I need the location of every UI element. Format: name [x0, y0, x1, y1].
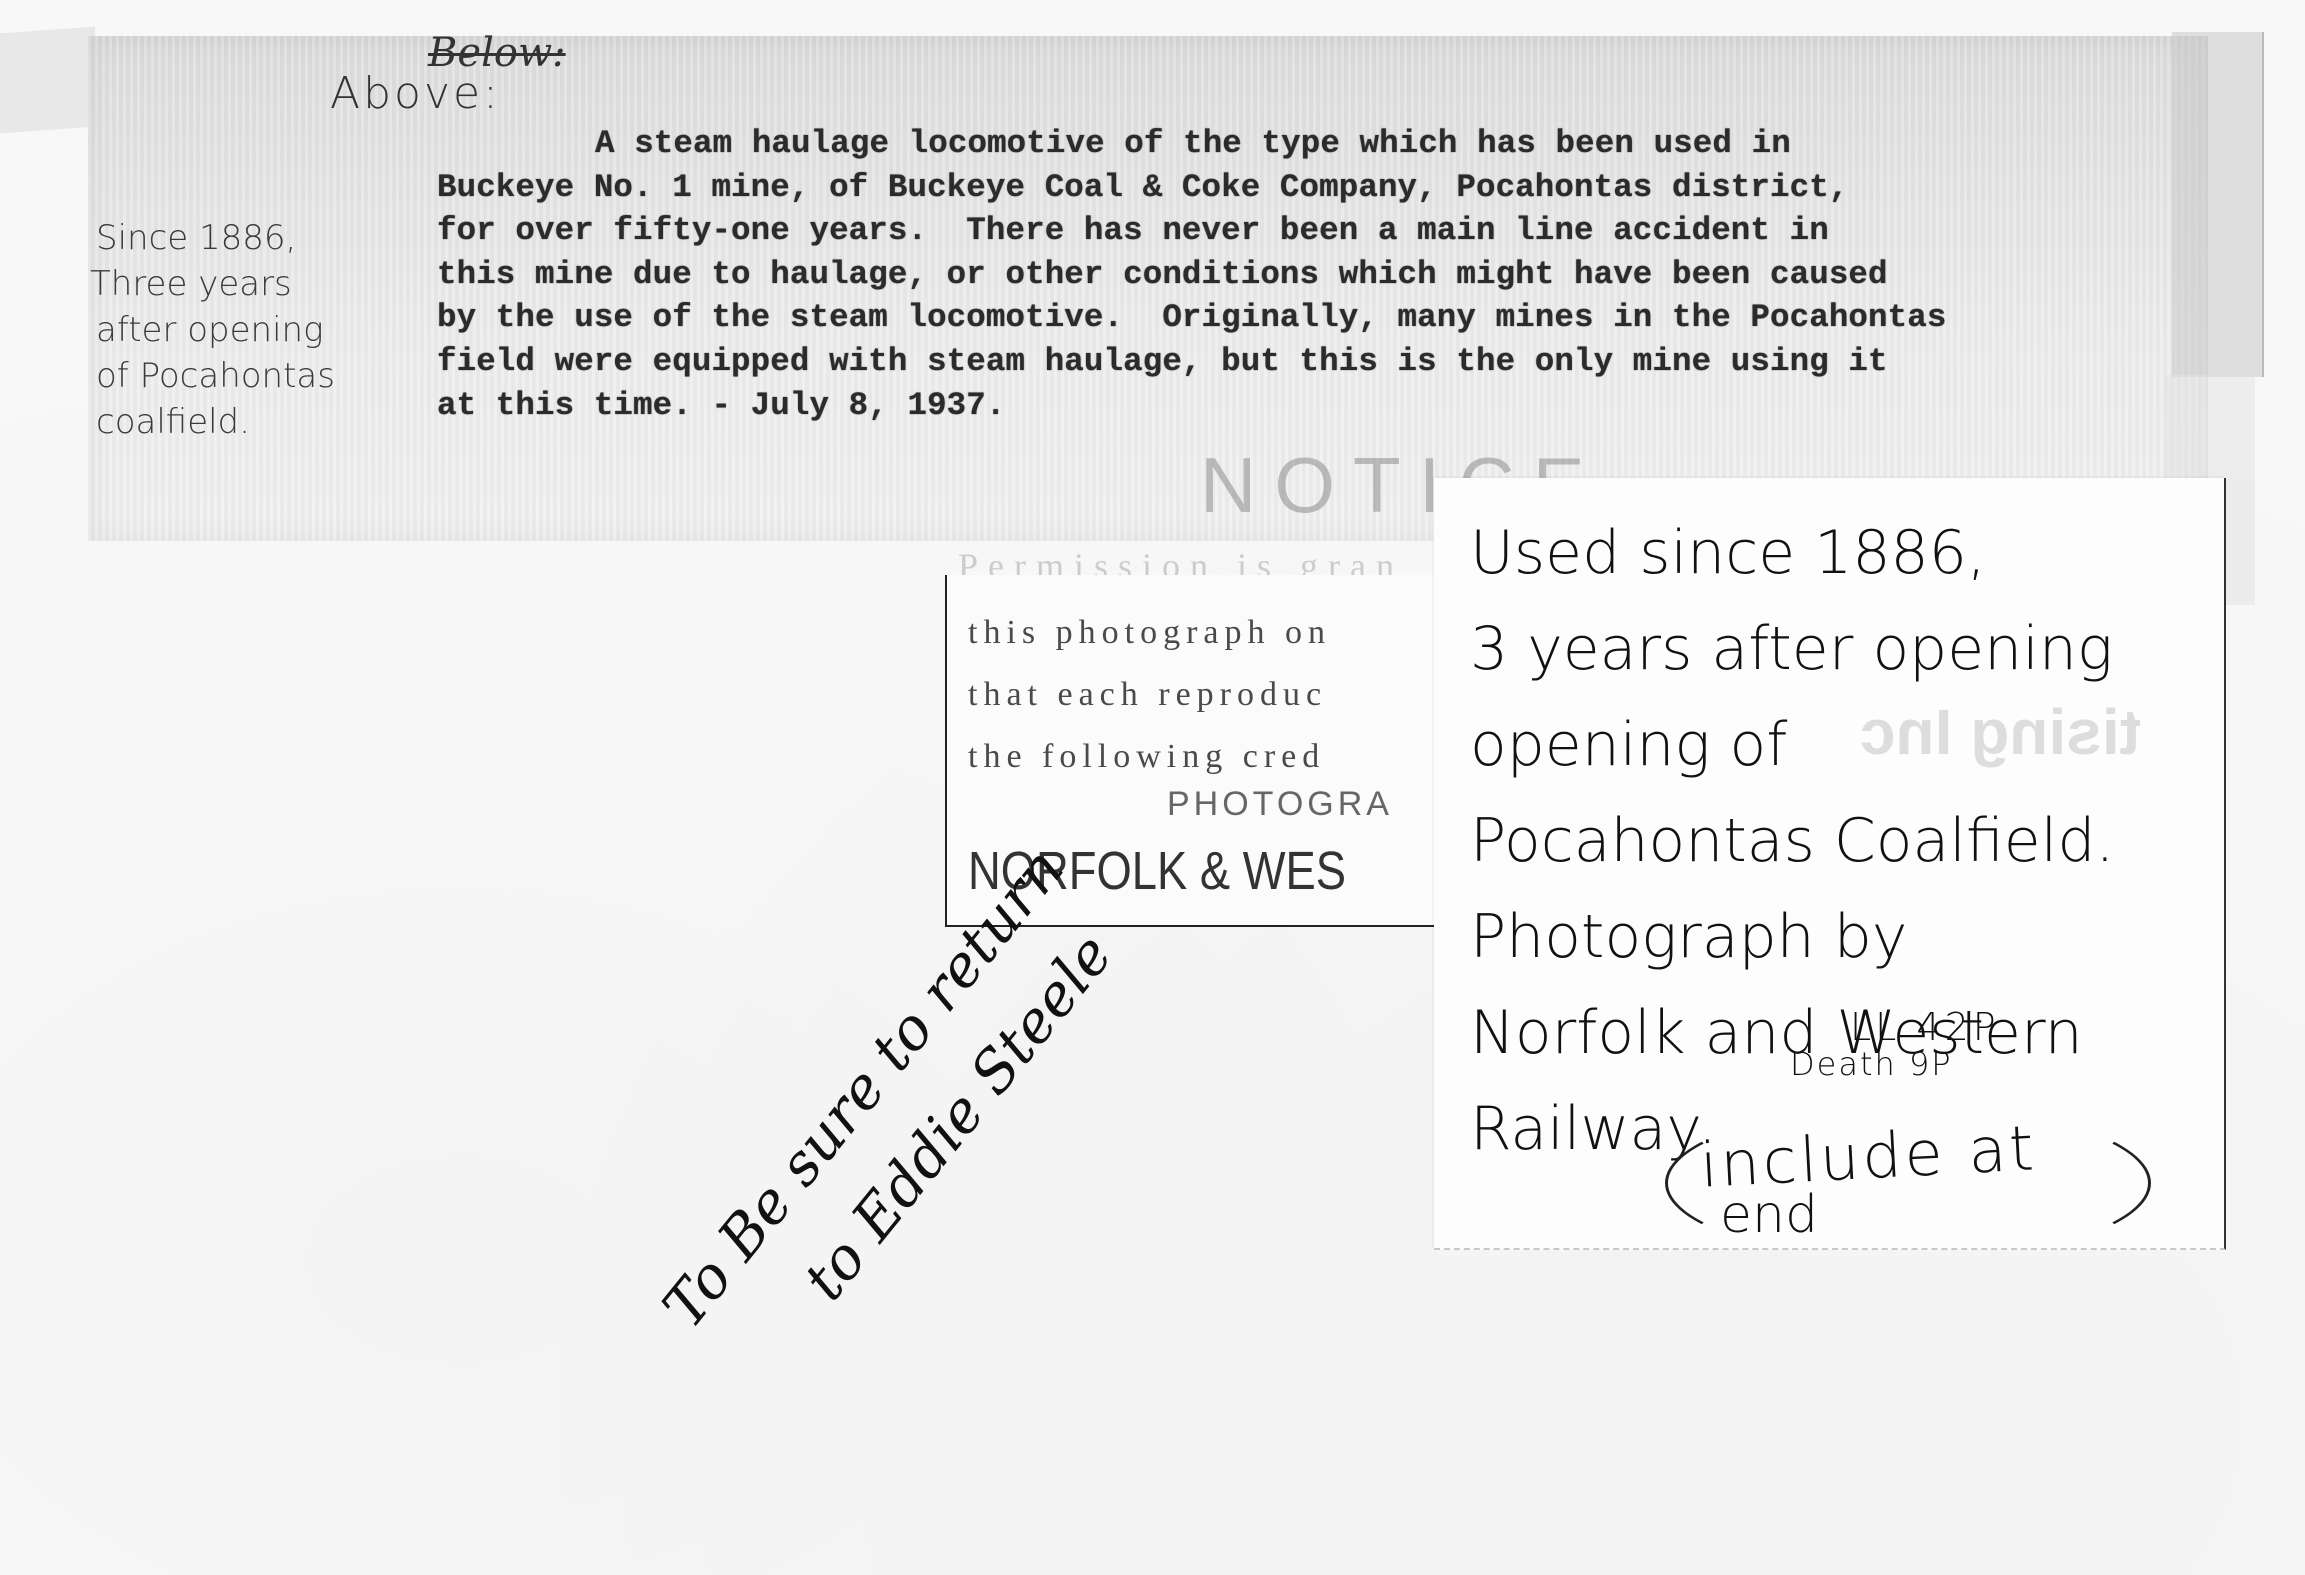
- note-line: 3 years after opening: [1470, 601, 2114, 697]
- margin-note-line: coalfield.: [96, 402, 250, 442]
- notice-line: that each reproduc: [968, 676, 1327, 713]
- handwritten-heading: Above:: [330, 68, 501, 119]
- tape-strip-left: [0, 27, 95, 134]
- notice-body: this photograph on that each reproduc th…: [968, 602, 1331, 788]
- note-line: Used since 1886,: [1470, 505, 2114, 601]
- caption-line: this mine due to haulage, or other condi…: [437, 256, 1888, 293]
- margin-note-line: after opening: [96, 310, 324, 350]
- notice-line: this photograph on: [968, 614, 1331, 651]
- notice-line: the following cred: [968, 738, 1325, 775]
- reference-code-secondary: Death 9P: [1790, 1045, 1953, 1083]
- margin-note: Since 1886, Three years after opening of…: [96, 215, 335, 445]
- caption-line: for over fifty-one years. There has neve…: [437, 212, 1829, 249]
- caption-line: A steam haulage locomotive of the type w…: [595, 125, 1791, 162]
- margin-note-line: of Pocahontas: [96, 356, 335, 396]
- tape-strip-right: [2172, 32, 2264, 377]
- typed-caption: A steam haulage locomotive of the type w…: [437, 122, 1946, 427]
- margin-note-line: Three years: [90, 264, 292, 304]
- note-line: opening of: [1470, 697, 2114, 793]
- caption-line: field were equipped with steam haulage, …: [437, 343, 1888, 380]
- note-line: Pocahontas Coalfield.: [1470, 793, 2114, 889]
- margin-note-line: Since 1886,: [96, 218, 296, 258]
- include-note-end: end: [1720, 1185, 1818, 1245]
- caption-line: at this time. - July 8, 1937.: [437, 387, 1006, 424]
- caption-line: by the use of the steam locomotive. Orig…: [437, 299, 1946, 336]
- note-line: Photograph by: [1470, 889, 2114, 985]
- caption-line: Buckeye No. 1 mine, of Buckeye Coal & Co…: [437, 169, 1848, 206]
- reference-code: LL 42P: [1850, 1005, 2000, 1049]
- notice-credit-label: PHOTOGRA: [1167, 785, 1393, 824]
